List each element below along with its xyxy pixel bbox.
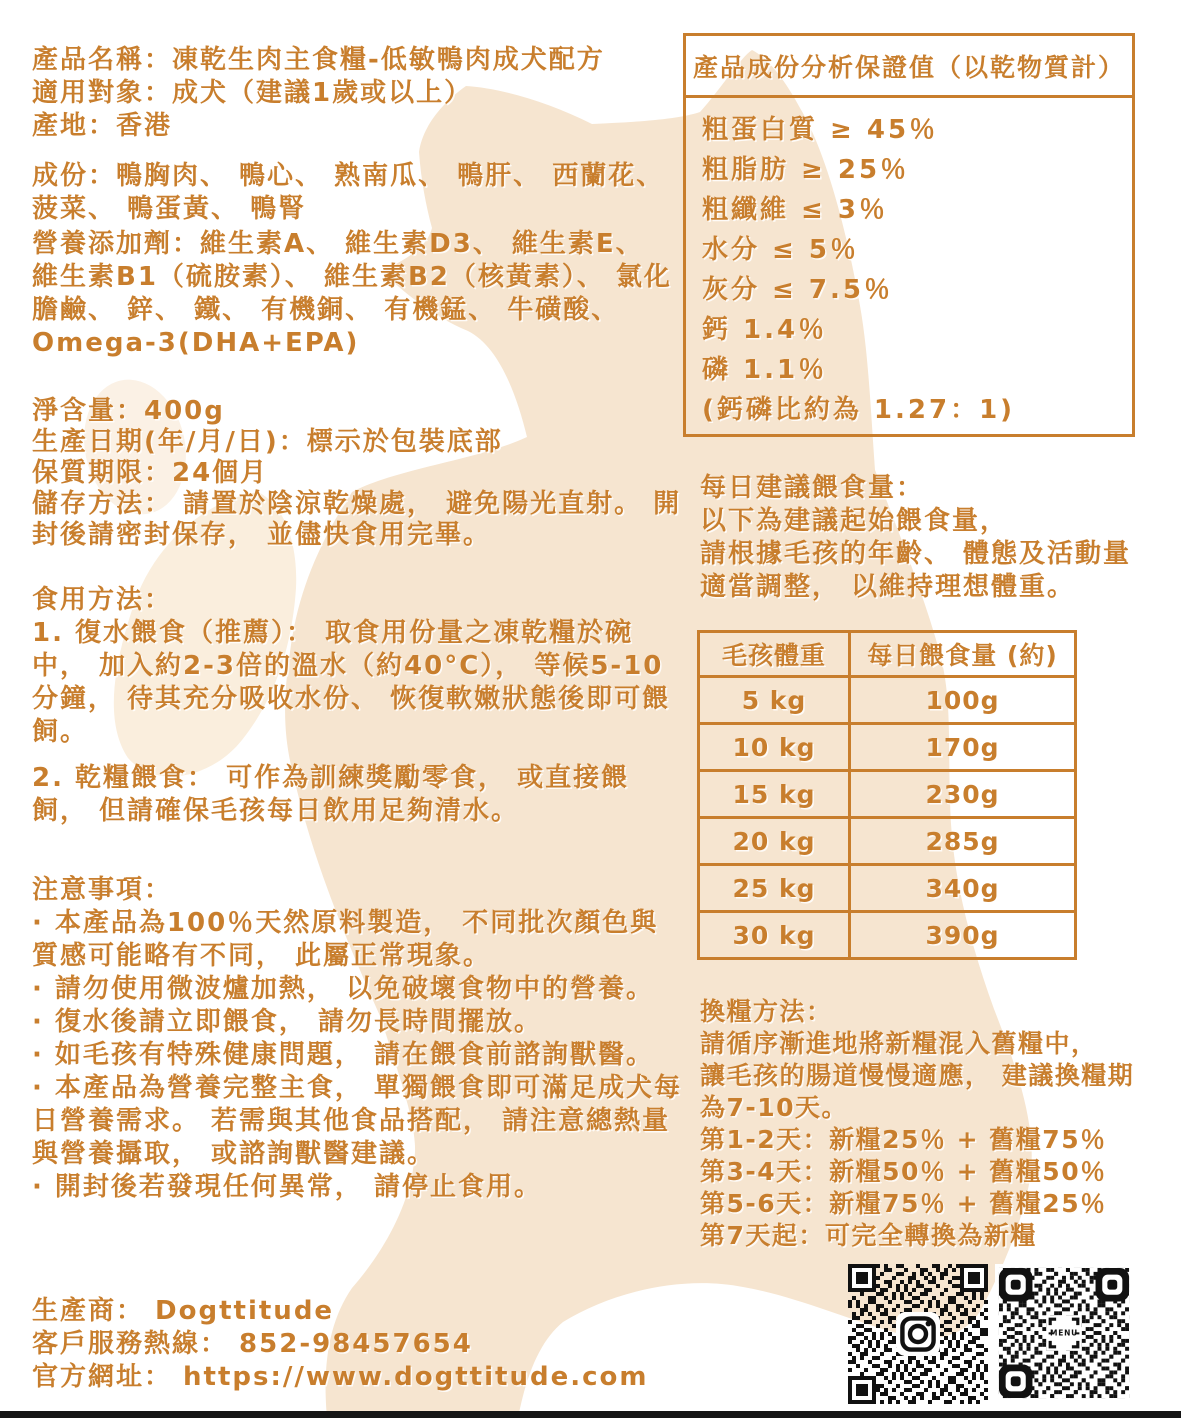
weight-cell: 10 kg — [699, 724, 850, 771]
product-header-block: 產品名稱：凍乾生肉主食糧-低敏鴨肉成犬配方 適用對象：成犬（建議1歲或以上） 產… — [32, 44, 682, 143]
weight-cell: 25 kg — [699, 865, 850, 912]
table-header-row: 毛孩體重 每日餵食量 (約) — [699, 632, 1076, 677]
precaution-item: · 本產品為100％天然原料製造， 不同批次顏色與質感可能略有不同， 此屬正常現… — [32, 907, 682, 973]
weight-cell: 20 kg — [699, 818, 850, 865]
analysis-row-moisture: 水分 ≤ 5％ — [702, 230, 1132, 270]
transition-day-7: 第7天起：可完全轉換為新糧 — [700, 1220, 1180, 1252]
instagram-logo-icon — [896, 1312, 940, 1356]
guaranteed-analysis-box: 產品成份分析保證值（以乾物質計） 粗蛋白質 ≥ 45％ 粗脂肪 ≥ 25％ 粗纖… — [683, 33, 1135, 437]
table-row: 20 kg 285g — [699, 818, 1076, 865]
amount-cell: 390g — [850, 912, 1076, 959]
storage-line: 儲存方法： 請置於陰涼乾燥處， 避免陽光直射。 開封後請密封保存， 並儘快食用完… — [32, 489, 682, 551]
transition-title: 換糧方法： — [700, 996, 1180, 1028]
precaution-item: · 請勿使用微波爐加熱， 以免破壞食物中的營養。 — [32, 973, 682, 1006]
service-hotline-line: 客戶服務熱線： 852-98457654 — [32, 1328, 682, 1361]
analysis-row-ash: 灰分 ≤ 7.5％ — [702, 270, 1132, 310]
transition-line: 為7-10天。 — [700, 1092, 1180, 1124]
amount-cell: 285g — [850, 818, 1076, 865]
manufacturer-line: 生產商： Dogttitude — [32, 1295, 682, 1328]
amount-column-header: 每日餵食量 (約) — [850, 632, 1076, 677]
additives-paragraph: 營養添加劑：維生素A、 維生素D3、 維生素E、 維生素B1（硫胺素）、 維生素… — [32, 228, 682, 360]
instagram-qr-code — [842, 1260, 994, 1408]
amount-cell: 340g — [850, 865, 1076, 912]
transition-day-5-6: 第5-6天：新糧75％ + 舊糧25％ — [700, 1188, 1180, 1220]
daily-feeding-intro: 每日建議餵食量： 以下為建議起始餵食量， 請根據毛孩的年齡、 體態及活動量 適當… — [700, 472, 1170, 604]
food-transition-block: 換糧方法： 請循序漸進地將新糧混入舊糧中， 讓毛孩的腸道慢慢適應， 建議換糧期 … — [700, 996, 1180, 1252]
precaution-item: · 開封後若發現任何異常， 請停止食用。 — [32, 1171, 682, 1204]
shelf-life-line: 保質期限：24個月 — [32, 458, 682, 489]
daily-feeding-intro-line: 適當調整， 以維持理想體重。 — [700, 571, 1170, 604]
amount-cell: 100g — [850, 677, 1076, 724]
table-row: 10 kg 170g — [699, 724, 1076, 771]
feeding-amount-table: 毛孩體重 每日餵食量 (約) 5 kg 100g 10 kg 170g 15 k… — [697, 630, 1077, 960]
analysis-row-ca-p-ratio: (鈣磷比約為 1.27：1) — [702, 390, 1132, 430]
daily-feeding-intro-line: 請根據毛孩的年齡、 體態及活動量 — [700, 538, 1170, 571]
feeding-method-1: 1. 復水餵食（推薦）： 取食用份量之凍乾糧於碗中， 加入約2-3倍的溫水（約4… — [32, 617, 682, 749]
weight-cell: 15 kg — [699, 771, 850, 818]
transition-day-3-4: 第3-4天：新糧50％ + 舊糧50％ — [700, 1156, 1180, 1188]
origin-line: 產地：香港 — [32, 110, 682, 143]
bottom-edge-bar — [0, 1411, 1181, 1418]
feeding-method-title: 食用方法： — [32, 584, 682, 617]
analysis-row-protein: 粗蛋白質 ≥ 45％ — [702, 110, 1132, 150]
product-name-line: 產品名稱：凍乾生肉主食糧-低敏鴨肉成犬配方 — [32, 44, 682, 77]
analysis-row-phosphorus: 磷 1.1％ — [702, 350, 1132, 390]
analysis-box-body: 粗蛋白質 ≥ 45％ 粗脂肪 ≥ 25％ 粗纖維 ≤ 3％ 水分 ≤ 5％ 灰分… — [686, 98, 1132, 430]
precaution-list: · 本產品為100％天然原料製造， 不同批次顏色與質感可能略有不同， 此屬正常現… — [32, 907, 682, 1204]
table-row: 25 kg 340g — [699, 865, 1076, 912]
weight-cell: 30 kg — [699, 912, 850, 959]
precaution-title: 注意事項： — [32, 874, 682, 907]
feeding-method-2: 2. 乾糧餵食： 可作為訓練獎勵零食， 或直接餵飼， 但請確保毛孩每日飲用足夠清… — [32, 762, 682, 828]
net-weight-line: 淨含量：400g — [32, 396, 682, 427]
transition-line: 讓毛孩的腸道慢慢適應， 建議換糧期 — [700, 1060, 1180, 1092]
production-date-line: 生產日期(年/月/日)：標示於包裝底部 — [32, 427, 682, 458]
weight-column-header: 毛孩體重 — [699, 632, 850, 677]
daily-feeding-intro-line: 以下為建議起始餵食量， — [700, 505, 1170, 538]
analysis-row-fiber: 粗纖維 ≤ 3％ — [702, 190, 1132, 230]
table-row: 5 kg 100g — [699, 677, 1076, 724]
qr-menu-label: MENU — [1050, 1329, 1078, 1338]
table-row: 15 kg 230g — [699, 771, 1076, 818]
website-line: 官方網址： https://www.dogttitude.com — [32, 1361, 682, 1394]
product-label-page: 產品名稱：凍乾生肉主食糧-低敏鴨肉成犬配方 適用對象：成犬（建議1歲或以上） 產… — [0, 0, 1181, 1418]
ingredients-paragraph: 成份：鴨胸肉、 鴨心、 熟南瓜、 鴨肝、 西蘭花、 菠菜、 鴨蛋黃、 鴨腎 — [32, 160, 682, 226]
amount-cell: 170g — [850, 724, 1076, 771]
amount-cell: 230g — [850, 771, 1076, 818]
menu-qr-code: MENU — [995, 1264, 1133, 1402]
weight-cell: 5 kg — [699, 677, 850, 724]
table-row: 30 kg 390g — [699, 912, 1076, 959]
qr-center-menu-marker: MENU — [1046, 1315, 1081, 1350]
analysis-box-title: 產品成份分析保證值（以乾物質計） — [686, 36, 1132, 98]
transition-line: 請循序漸進地將新糧混入舊糧中， — [700, 1028, 1180, 1060]
precaution-item: · 復水後請立即餵食， 請勿長時間擺放。 — [32, 1006, 682, 1039]
target-line: 適用對象：成犬（建議1歲或以上） — [32, 77, 682, 110]
product-info-block: 淨含量：400g 生產日期(年/月/日)：標示於包裝底部 保質期限：24個月 儲… — [32, 396, 682, 551]
transition-day-1-2: 第1-2天：新糧25％ + 舊糧75％ — [700, 1124, 1180, 1156]
precaution-item: · 本產品為營養完整主食， 單獨餵食即可滿足成犬每日營養需求。 若需與其他食品搭… — [32, 1072, 682, 1171]
analysis-row-calcium: 鈣 1.4％ — [702, 310, 1132, 350]
daily-feeding-title: 每日建議餵食量： — [700, 472, 1170, 505]
precaution-item: · 如毛孩有特殊健康問題， 請在餵食前諮詢獸醫。 — [32, 1039, 682, 1072]
manufacturer-block: 生產商： Dogttitude 客戶服務熱線： 852-98457654 官方網… — [32, 1295, 682, 1394]
analysis-row-fat: 粗脂肪 ≥ 25％ — [702, 150, 1132, 190]
